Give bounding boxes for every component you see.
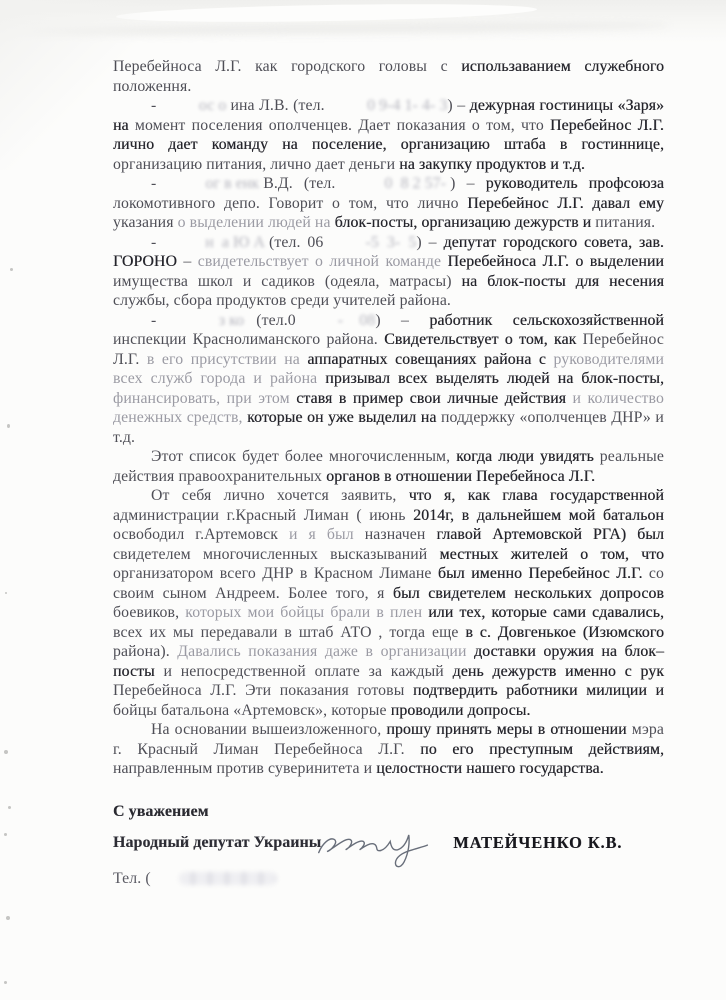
text-segment: локомотивного депо. Говорит о том, что л… <box>113 195 467 212</box>
text-segment: использаванием служебного <box>461 58 664 75</box>
text-segment: что я, как глава государственной <box>409 487 664 504</box>
redacted-text: ог в енк <box>167 174 263 194</box>
text-segment: день дежурств именно с рук <box>453 663 664 680</box>
text-segment: - <box>151 234 163 251</box>
text-segment: когда люди увидять <box>456 448 600 465</box>
text-segment: - <box>151 175 167 192</box>
scan-speckle <box>5 592 7 594</box>
text-segment: администрации г.Красный Лиман ( июнь <box>113 507 413 524</box>
text-segment: ставя в пример свои личные действия <box>296 390 572 407</box>
text-segment: - <box>151 312 177 329</box>
text-segment: Перебейноса Л.Г. как городского головы с <box>113 58 461 75</box>
text-segment: и непосредственной оплате за каждый <box>163 663 452 680</box>
text-segment: назначен <box>365 526 437 543</box>
text-segment: был именно Перебейнос Л.Г. <box>438 565 649 582</box>
text-segment: имущества школ и садиков (одеяла, матрас… <box>113 273 462 290</box>
text-segment: главой Артемовской РГА) был <box>436 526 664 543</box>
scan-speckle <box>4 833 7 836</box>
text-segment: (тел. 06 <box>269 234 323 251</box>
text-segment: 2014г, в дальнейшем мой батальон <box>413 507 664 524</box>
text-segment: на блок-посты для несения <box>462 273 664 290</box>
text-segment: целостности нашего государства. <box>376 760 603 777</box>
text-segment: ) – <box>416 234 443 251</box>
text-segment: о выделении людей на <box>178 214 335 231</box>
text-segment: - <box>151 97 161 114</box>
text-segment: местных жителей о том, что <box>440 546 664 563</box>
text-segment: (тел.0 <box>256 312 296 329</box>
paragraph: - н а Ю А (тел. 06 -5 3- 5) – депутат го… <box>113 233 664 311</box>
text-segment: положення. <box>113 78 191 95</box>
scan-speckle <box>4 981 7 984</box>
signatory-name: МАТЕЙЧЕНКО К.В. <box>453 833 622 853</box>
text-segment: на закупку продуктов и т.д. <box>399 156 585 173</box>
text-segment: всех их мы передавали в штаб АТО , тогда… <box>113 624 465 641</box>
text-segment: указания <box>113 214 178 231</box>
text-segment: Этот список будет более многочисленным, <box>151 448 456 465</box>
paragraph: Этот список будет более многочисленным, … <box>113 447 664 486</box>
text-segment: Давались показания даже в организации <box>177 643 474 660</box>
text-segment: работник сельскохозяйственной <box>429 312 664 329</box>
text-segment: – <box>177 253 198 270</box>
scan-speckle <box>4 750 8 754</box>
text-segment: питания. <box>595 214 655 231</box>
text-segment: организацию питания, лично дает деньги <box>113 156 399 173</box>
text-segment: Перебейноса Л.Г. Эти показания готовы <box>113 682 413 699</box>
text-segment: ) – <box>450 175 486 192</box>
text-segment: которых мои бойцы брали в плен <box>185 604 428 621</box>
text-segment: органов в отношении Перебейноса Л.Г. <box>326 468 595 485</box>
text-segment: От себя лично хочется заявить, <box>151 487 409 504</box>
text-segment: аппаратных совещаниях района с <box>307 351 553 368</box>
paragraph: - з ко (тел.0 - 08) – работник сельскохо… <box>113 311 664 448</box>
text-segment: блок-посты, организацию дежурств и <box>335 214 596 231</box>
text-segment: свидетелем многочисленных высказываний <box>113 546 440 563</box>
text-segment: района). <box>113 643 177 660</box>
paragraph: От себя лично хочется заявить, что я, ка… <box>113 486 664 720</box>
paragraph: - ос о ина Л.В. (тел. 0 9-4 1- 4- 3) – д… <box>113 96 664 174</box>
text-segment: ) – <box>447 97 469 114</box>
text-segment: направленным против суверинитета и <box>113 760 376 777</box>
text-segment: ) – <box>375 312 429 329</box>
text-segment: подтвердить работники милиции и <box>413 682 664 699</box>
text-segment: руководитель профсоюза <box>486 175 664 192</box>
text-segment: момент поселения ополченцев. Дает показа… <box>135 117 550 134</box>
redacted-text: ос о <box>161 96 231 116</box>
text-segment: инспекции Краснолиманского района. <box>113 331 384 348</box>
text-segment: службы, сбора продуктов среди учителей р… <box>113 292 451 309</box>
text-segment: или тех, которые сами сдавались, <box>428 604 664 621</box>
signature-block: Народный депутат Украины МАТЕЙЧЕНКО К.В. <box>113 833 664 853</box>
closing-salutation: С уважением <box>113 802 664 822</box>
redacted-phone-number <box>179 872 277 885</box>
redacted-text: 0 9-4 1- 4- 3 <box>329 96 447 116</box>
text-segment: В.Д. (тел. <box>263 175 346 192</box>
redacted-text: 0 8 2 57- <box>347 174 451 194</box>
signatory-role: Народный депутат Украины <box>113 833 321 853</box>
text-segment: Перебейноса Л.Г. о выделении <box>447 253 664 270</box>
scan-speckle <box>6 916 10 920</box>
redacted-text: з ко <box>177 311 257 331</box>
text-segment: и я был <box>289 526 365 543</box>
phone-label: Тел. ( <box>113 870 151 887</box>
text-segment: освободил г.Артемовск <box>113 526 289 543</box>
scan-speckle <box>7 424 10 428</box>
handwritten-signature <box>315 822 445 872</box>
redacted-text: - 08 <box>296 311 376 331</box>
text-segment: На основании вышеизложенного, <box>151 721 386 738</box>
text-segment: в его присутствии на <box>147 351 308 368</box>
text-segment: призывал всех выделять людей на блок-пос… <box>325 370 664 387</box>
text-segment: которые он уже выделил на <box>247 409 441 426</box>
text-segment: по его преступным действиям, <box>420 741 664 758</box>
text-segment: в с. Довгенькое (Изюмского <box>465 624 664 641</box>
text-segment: организатором всего ДНР в Красном Лимане <box>113 565 438 582</box>
document-text: Перебейноса Л.Г. как городского головы с… <box>113 57 664 904</box>
paragraph: Перебейноса Л.Г. как городского головы с… <box>113 57 664 96</box>
text-segment: свидетельствует о личной команде <box>198 253 448 270</box>
scan-speckle <box>10 268 13 271</box>
scan-speckle <box>8 806 11 809</box>
text-segment: боевиков, <box>113 604 185 621</box>
paragraphs: Перебейноса Л.Г. как городского головы с… <box>113 57 664 779</box>
text-segment: бойцы батальона «Артемовск», которые <box>113 702 391 719</box>
text-segment: ина Л.В. (тел. <box>230 97 329 114</box>
paragraph: На основании вышеизложенного, прошу прин… <box>113 720 664 779</box>
text-segment: Перебейнос Л.Г. давал ему <box>467 195 664 212</box>
scanned-document-page: Перебейноса Л.Г. как городского головы с… <box>0 0 726 1000</box>
text-segment: Свидетельствует о том, как <box>384 331 583 348</box>
redacted-text: н а Ю А <box>163 233 269 253</box>
redacted-text: -5 3- 5 <box>323 233 416 253</box>
text-segment: финансировать, при этом <box>113 390 296 407</box>
text-segment: прошу принять меры в отношении <box>386 721 631 738</box>
paragraph: - ог в енк В.Д. (тел. 0 8 2 57- ) – руко… <box>113 174 664 233</box>
text-segment: был свидетелем нескольких допросов <box>393 585 664 602</box>
text-segment: проводили допросы. <box>391 702 531 719</box>
